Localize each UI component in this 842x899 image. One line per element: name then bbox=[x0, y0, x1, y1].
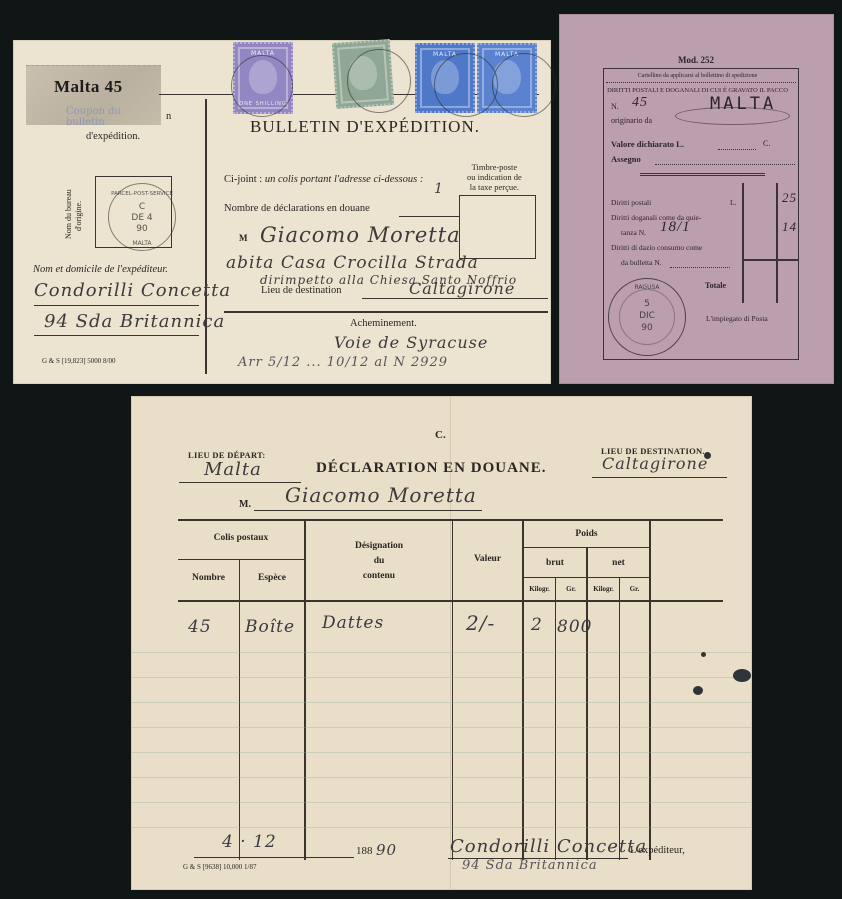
sender-signature: Condorilli Concetta bbox=[450, 836, 647, 857]
origin-stamp-oval bbox=[675, 107, 790, 125]
ink-spot bbox=[733, 669, 751, 682]
postali-value: 25 bbox=[782, 190, 797, 206]
declarations-value: 1 bbox=[434, 181, 444, 197]
sender-name-rule bbox=[34, 305, 199, 306]
destination-value: Caltagirone bbox=[409, 279, 515, 298]
declarations-rule bbox=[399, 216, 459, 217]
label-faint-text: Coupon du bulletin bbox=[66, 106, 161, 128]
header-nombre: Nombre bbox=[178, 573, 239, 583]
table-top-rule bbox=[178, 519, 723, 521]
cell-espece: Boîte bbox=[245, 617, 295, 637]
cell-brut-kg: 2 bbox=[531, 615, 543, 635]
header-net-kilogr: Kilogr. bbox=[588, 585, 619, 593]
assegno-label: Assegno bbox=[611, 154, 641, 164]
declarations-label: Nombre de déclarations en douane bbox=[224, 203, 370, 214]
header-colis-postaux: Colis postaux bbox=[178, 533, 304, 543]
ruled-line bbox=[132, 652, 751, 653]
header-bold: DIRITTI POSTALI E DOGANALI DI CUI È GRAV… bbox=[560, 87, 835, 94]
col-designation-valeur bbox=[452, 520, 453, 860]
declaration-title: DÉCLARATION EN DOUANE. bbox=[316, 460, 547, 477]
label-text: Malta 45 bbox=[54, 77, 123, 97]
destination-label: Lieu de destination bbox=[261, 285, 341, 296]
coupon-suffix: n bbox=[166, 111, 171, 122]
printer-note: G & S [9638] 10,000 1/87 bbox=[183, 863, 257, 871]
totale-rule bbox=[742, 259, 798, 261]
header-dotted-rule bbox=[606, 82, 796, 83]
section-rule bbox=[224, 311, 548, 313]
postali-label: Diritti postali bbox=[611, 198, 651, 207]
n-label: N. bbox=[611, 102, 619, 111]
header-net-gr: Gr. bbox=[620, 585, 649, 593]
recipient-rule bbox=[254, 510, 482, 511]
parcel-post-cancel-1 bbox=[231, 55, 293, 117]
header-net: net bbox=[588, 558, 649, 568]
header-poids: Poids bbox=[524, 529, 649, 539]
origin-label: originario da bbox=[611, 116, 652, 125]
timbre-box bbox=[459, 195, 536, 259]
ruled-line bbox=[132, 802, 751, 803]
totale-label: Totale bbox=[705, 281, 726, 290]
ruled-line bbox=[132, 677, 751, 678]
doganali-label-2: tanza N. bbox=[621, 228, 646, 237]
postali-l: L. bbox=[730, 198, 736, 207]
form-letter: C. bbox=[435, 429, 446, 441]
header-brut-kilogr: Kilogr. bbox=[524, 585, 555, 593]
table-header-rule bbox=[178, 600, 723, 602]
amount-column-left bbox=[742, 183, 744, 303]
expediteur-label: L'expéditeur, bbox=[630, 845, 685, 856]
cell-brut-gr: 800 bbox=[557, 617, 592, 637]
printer-note: G & S [19,823] 5000 8/00 bbox=[42, 357, 116, 365]
col-brut-kg-gr bbox=[555, 577, 556, 860]
signature-address: 94 Sda Britannica bbox=[462, 858, 598, 873]
m-label: M. bbox=[239, 499, 251, 510]
valore-label: Valore dichiarato L. bbox=[611, 139, 684, 149]
dazio-dots bbox=[670, 267, 730, 268]
col-valeur-poids bbox=[522, 520, 524, 860]
ruled-line bbox=[132, 727, 751, 728]
header-brut: brut bbox=[524, 558, 586, 568]
ci-joint-label: Ci-joint : un colis portant l'adresse ci… bbox=[224, 174, 423, 185]
doganali-number: 18/1 bbox=[660, 219, 691, 236]
vertical-divider bbox=[205, 99, 207, 374]
bulletin-title: BULLETIN D'EXPÉDITION. bbox=[250, 117, 480, 137]
depart-value: Malta bbox=[204, 459, 262, 480]
recipient-name: Giacomo Moretta bbox=[260, 223, 461, 247]
col-net-kg-gr bbox=[619, 577, 620, 860]
header-valeur: Valeur bbox=[453, 554, 522, 564]
year-handwritten: 90 bbox=[376, 841, 397, 859]
ink-spot bbox=[704, 452, 711, 459]
ruled-line bbox=[132, 777, 751, 778]
cell-nombre: 45 bbox=[188, 617, 212, 637]
ink-spot bbox=[701, 652, 706, 657]
coupon-line-2: d'expédition. bbox=[86, 131, 140, 142]
col-brut-net bbox=[586, 547, 588, 860]
ruled-line bbox=[132, 752, 751, 753]
depart-rule bbox=[179, 482, 301, 483]
mod-252-card: Mod. 252 Cartellino da applicarsi al bol… bbox=[559, 14, 834, 384]
m-label: M bbox=[239, 233, 248, 243]
dazio-label-1: Diritti di dazio consumo come bbox=[611, 243, 702, 252]
parcel-post-cancel-2 bbox=[347, 49, 411, 113]
cell-designation: Dattes bbox=[322, 613, 384, 633]
col-nombre-espece bbox=[239, 560, 240, 860]
valore-dots bbox=[718, 149, 756, 150]
destination-value: Caltagirone bbox=[602, 454, 708, 473]
header-small: Cartellino da applicarsi al bollettino d… bbox=[560, 73, 835, 79]
sender-address: 94 Sda Britannica bbox=[44, 311, 225, 332]
address-line-1: abita Casa Crocilla Strada bbox=[226, 253, 479, 273]
ornament-rule bbox=[640, 173, 765, 176]
date-rule bbox=[194, 857, 354, 858]
header-brut-gr: Gr. bbox=[556, 585, 586, 593]
amount-column-right bbox=[776, 183, 778, 303]
malta-45-label: Malta 45 Coupon du bulletin bbox=[26, 65, 161, 125]
header-designation: Désignation du contenu bbox=[306, 539, 452, 584]
ink-spot bbox=[693, 686, 703, 695]
recipient-name: Giacomo Moretta bbox=[285, 483, 477, 507]
dazio-label-2: da bulletta N. bbox=[621, 258, 662, 267]
bulletin-expedition-card: Malta 45 Coupon du bulletin n d'expéditi… bbox=[13, 40, 551, 384]
timbre-poste-label: Timbre-posteou indication dela taxe perç… bbox=[467, 162, 522, 192]
year-printed: 188 bbox=[356, 845, 373, 857]
office-cancel: C DE 4 90 MALTA PARCEL-POST-SERVICE bbox=[108, 183, 176, 251]
date-value: 4 · 12 bbox=[222, 832, 277, 852]
ragusa-postmark: 5 DIC 90 RAGUSA bbox=[608, 278, 686, 356]
declaration-en-douane-card: C. LIEU DE DÉPART: Malta DÉCLARATION EN … bbox=[131, 396, 752, 890]
header-espece: Espèce bbox=[240, 573, 304, 583]
sender-label: Nom et domicile de l'expéditeur. bbox=[33, 264, 168, 275]
model-number: Mod. 252 bbox=[678, 55, 714, 65]
acheminement-value: Voie de Syracuse bbox=[334, 333, 488, 352]
parcel-post-cancel-4 bbox=[492, 53, 556, 117]
cell-valeur: 2/- bbox=[466, 611, 495, 635]
arrival-note: Arr 5/12 ... 10/12 al N 2929 bbox=[238, 355, 448, 370]
parcel-post-cancel-3 bbox=[434, 53, 498, 117]
ruled-line bbox=[132, 827, 751, 828]
n-value: 45 bbox=[632, 95, 648, 111]
acheminement-label: Acheminement. bbox=[350, 318, 417, 329]
destination-rule bbox=[362, 298, 548, 299]
destination-rule bbox=[592, 477, 727, 478]
office-of-origin-label: Nom du bureau d'origine. bbox=[64, 159, 84, 239]
col-poids-end bbox=[649, 520, 651, 860]
doganali-value: 14 bbox=[782, 219, 797, 235]
sender-name: Condorilli Concetta bbox=[34, 280, 231, 301]
ruled-line bbox=[132, 702, 751, 703]
impiegato-label: L'impiegato di Posta bbox=[706, 314, 768, 323]
sender-address-rule bbox=[34, 335, 199, 336]
colis-sub-rule bbox=[178, 559, 304, 560]
valore-c: C. bbox=[763, 139, 770, 148]
assegno-dots bbox=[655, 164, 795, 165]
